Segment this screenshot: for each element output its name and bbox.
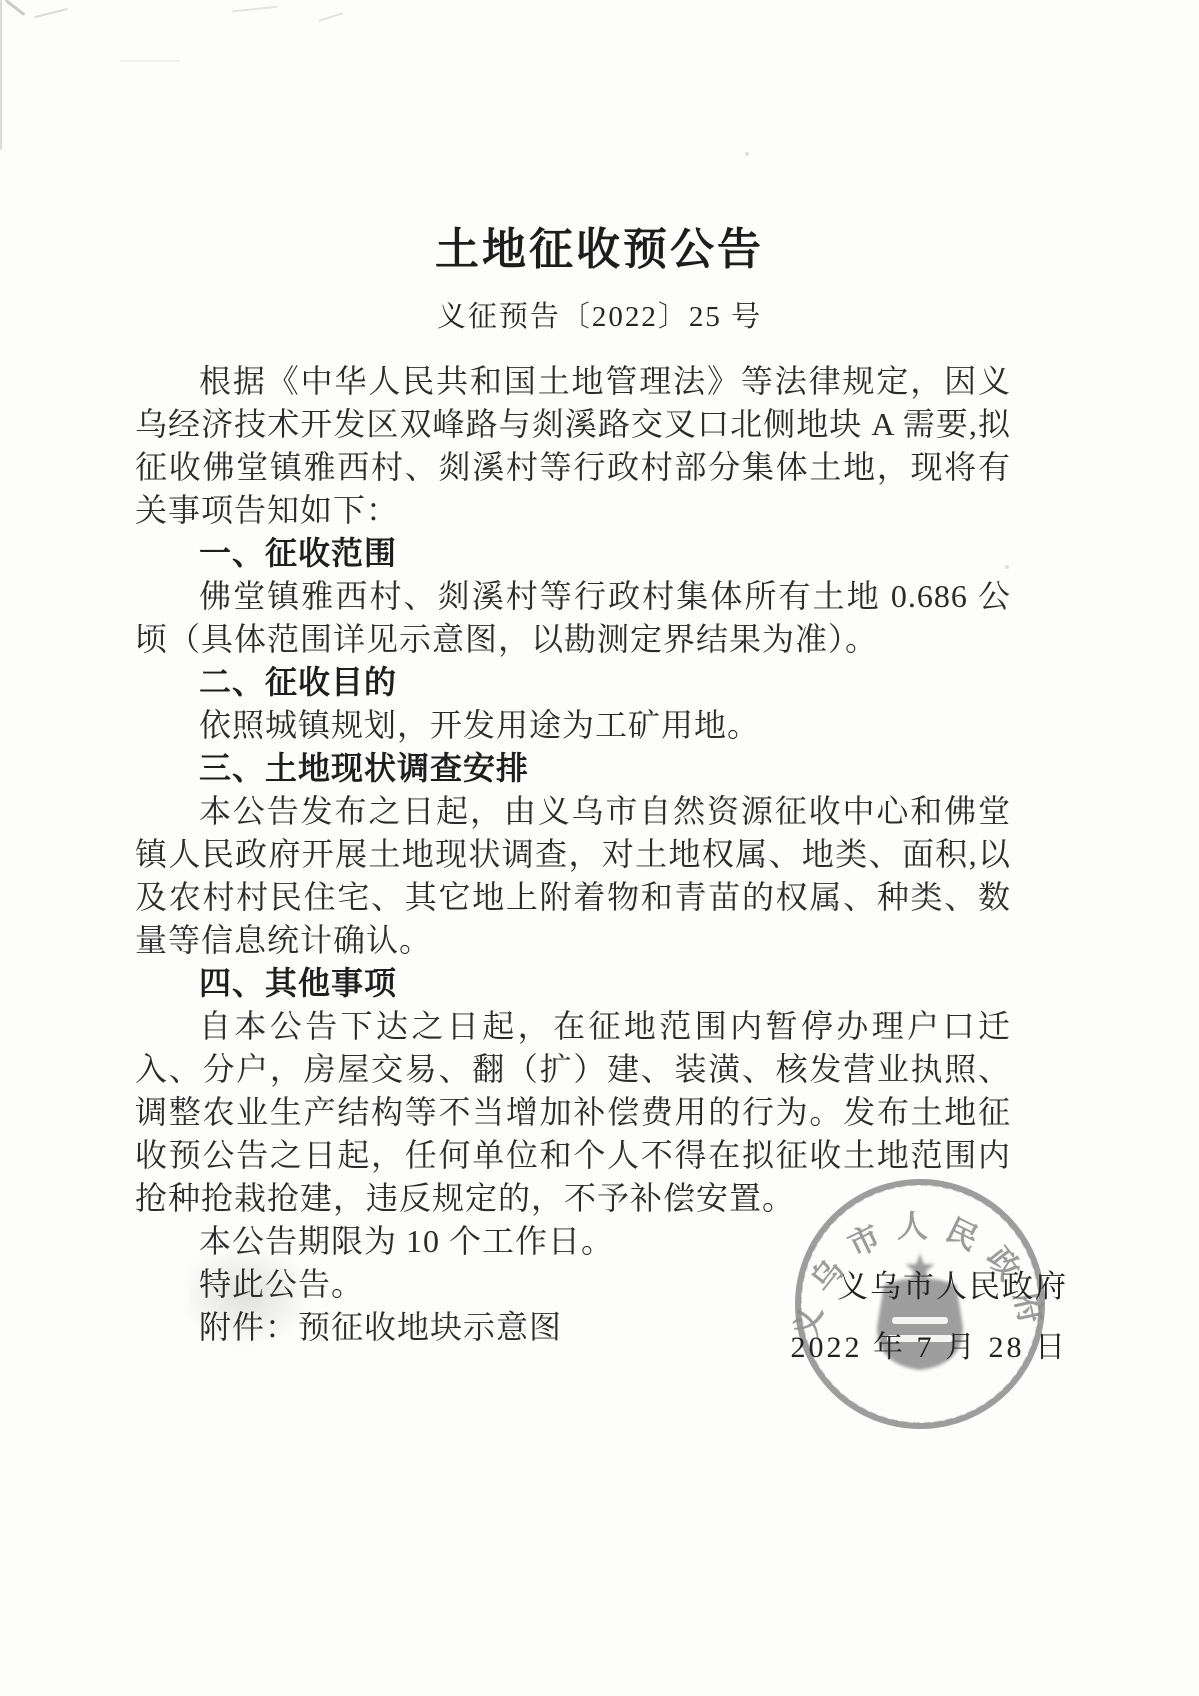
intro-paragraph: 根据《中华人民共和国土地管理法》等法律规定，因义乌经济技术开发区双峰路与剡溪路交… [135, 360, 1011, 532]
document-page: 土地征收预公告 义征预告〔2022〕25 号 根据《中华人民共和国土地管理法》等… [0, 0, 1199, 1696]
scan-artifact [0, 0, 2, 150]
document-header: 土地征收预公告 义征预告〔2022〕25 号 [0, 224, 1199, 334]
signature-date: 2022 年 7 月 28 日 [791, 1332, 1069, 1364]
scan-artifact [5, 0, 26, 16]
scan-artifact [34, 8, 67, 18]
document-title: 土地征收预公告 [0, 224, 1199, 276]
scan-artifact [120, 60, 180, 62]
document-number: 义征预告〔2022〕25 号 [0, 300, 1199, 334]
signature-issuer: 义乌市人民政府 [791, 1270, 1069, 1303]
section-2-paragraph: 依照城镇规划，开发用途为工矿用地。 [135, 704, 1011, 747]
signature-block: 义乌市人民政府 2022 年 7 月 28 日 [791, 1270, 1069, 1364]
section-heading-1: 一、征收范围 [135, 532, 1011, 575]
scan-speck [745, 152, 749, 156]
section-3-paragraph: 本公告发布之日起，由义乌市自然资源征收中心和佛堂镇人民政府开展土地现状调查，对土… [135, 790, 1011, 962]
section-heading-2: 二、征收目的 [135, 661, 1011, 704]
section-heading-3: 三、土地现状调查安排 [135, 747, 1011, 790]
section-1-paragraph: 佛堂镇雅西村、剡溪村等行政村集体所有土地 0.686 公顷（具体范围详见示意图，… [135, 575, 1011, 661]
scan-artifact [318, 12, 343, 22]
scan-artifact [232, 6, 278, 13]
section-heading-4: 四、其他事项 [135, 962, 1011, 1005]
